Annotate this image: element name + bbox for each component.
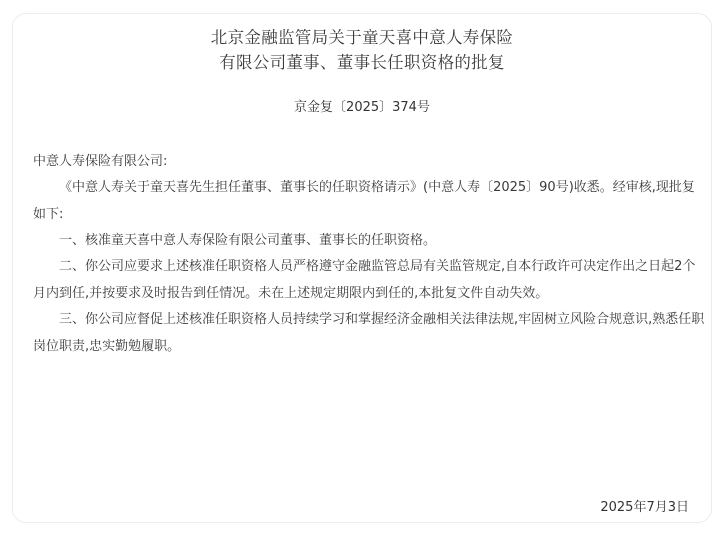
paragraph-text: 一、核准童天喜中意人寿保险有限公司董事、董事长的任职资格。 — [33, 228, 705, 255]
paragraph-text: 二、你公司应要求上述核准任职资格人员严格遵守金融监管总局有关监管规定,自本行政许… — [33, 254, 705, 307]
document-title-line2: 有限公司董事、董事长任职资格的批复 — [13, 52, 711, 74]
salutation: 中意人寿保险有限公司: — [33, 149, 705, 176]
paragraph-item-1: 一、核准童天喜中意人寿保险有限公司董事、董事长的任职资格。 — [33, 228, 705, 255]
paragraph-text: 三、你公司应督促上述核准任职资格人员持续学习和掌握经济金融相关法律法规,牢固树立… — [33, 307, 705, 360]
document-number: 京金复〔2025〕374号 — [13, 99, 711, 117]
paragraph-item-2: 二、你公司应要求上述核准任职资格人员严格遵守金融监管总局有关监管规定,自本行政许… — [33, 254, 705, 307]
document-date: 2025年7月3日 — [600, 499, 689, 517]
paragraph-item-3: 三、你公司应督促上述核准任职资格人员持续学习和掌握经济金融相关法律法规,牢固树立… — [33, 307, 705, 360]
paragraph-text: 《中意人寿关于童天喜先生担任董事、董事长的任职资格请示》(中意人寿〔2025〕9… — [33, 175, 705, 228]
document-title-line1: 北京金融监管局关于童天喜中意人寿保险 — [13, 27, 711, 49]
paragraph-request: 《中意人寿关于童天喜先生担任董事、董事长的任职资格请示》(中意人寿〔2025〕9… — [33, 175, 705, 228]
document-card: 北京金融监管局关于童天喜中意人寿保险 有限公司董事、董事长任职资格的批复 京金复… — [12, 13, 712, 523]
